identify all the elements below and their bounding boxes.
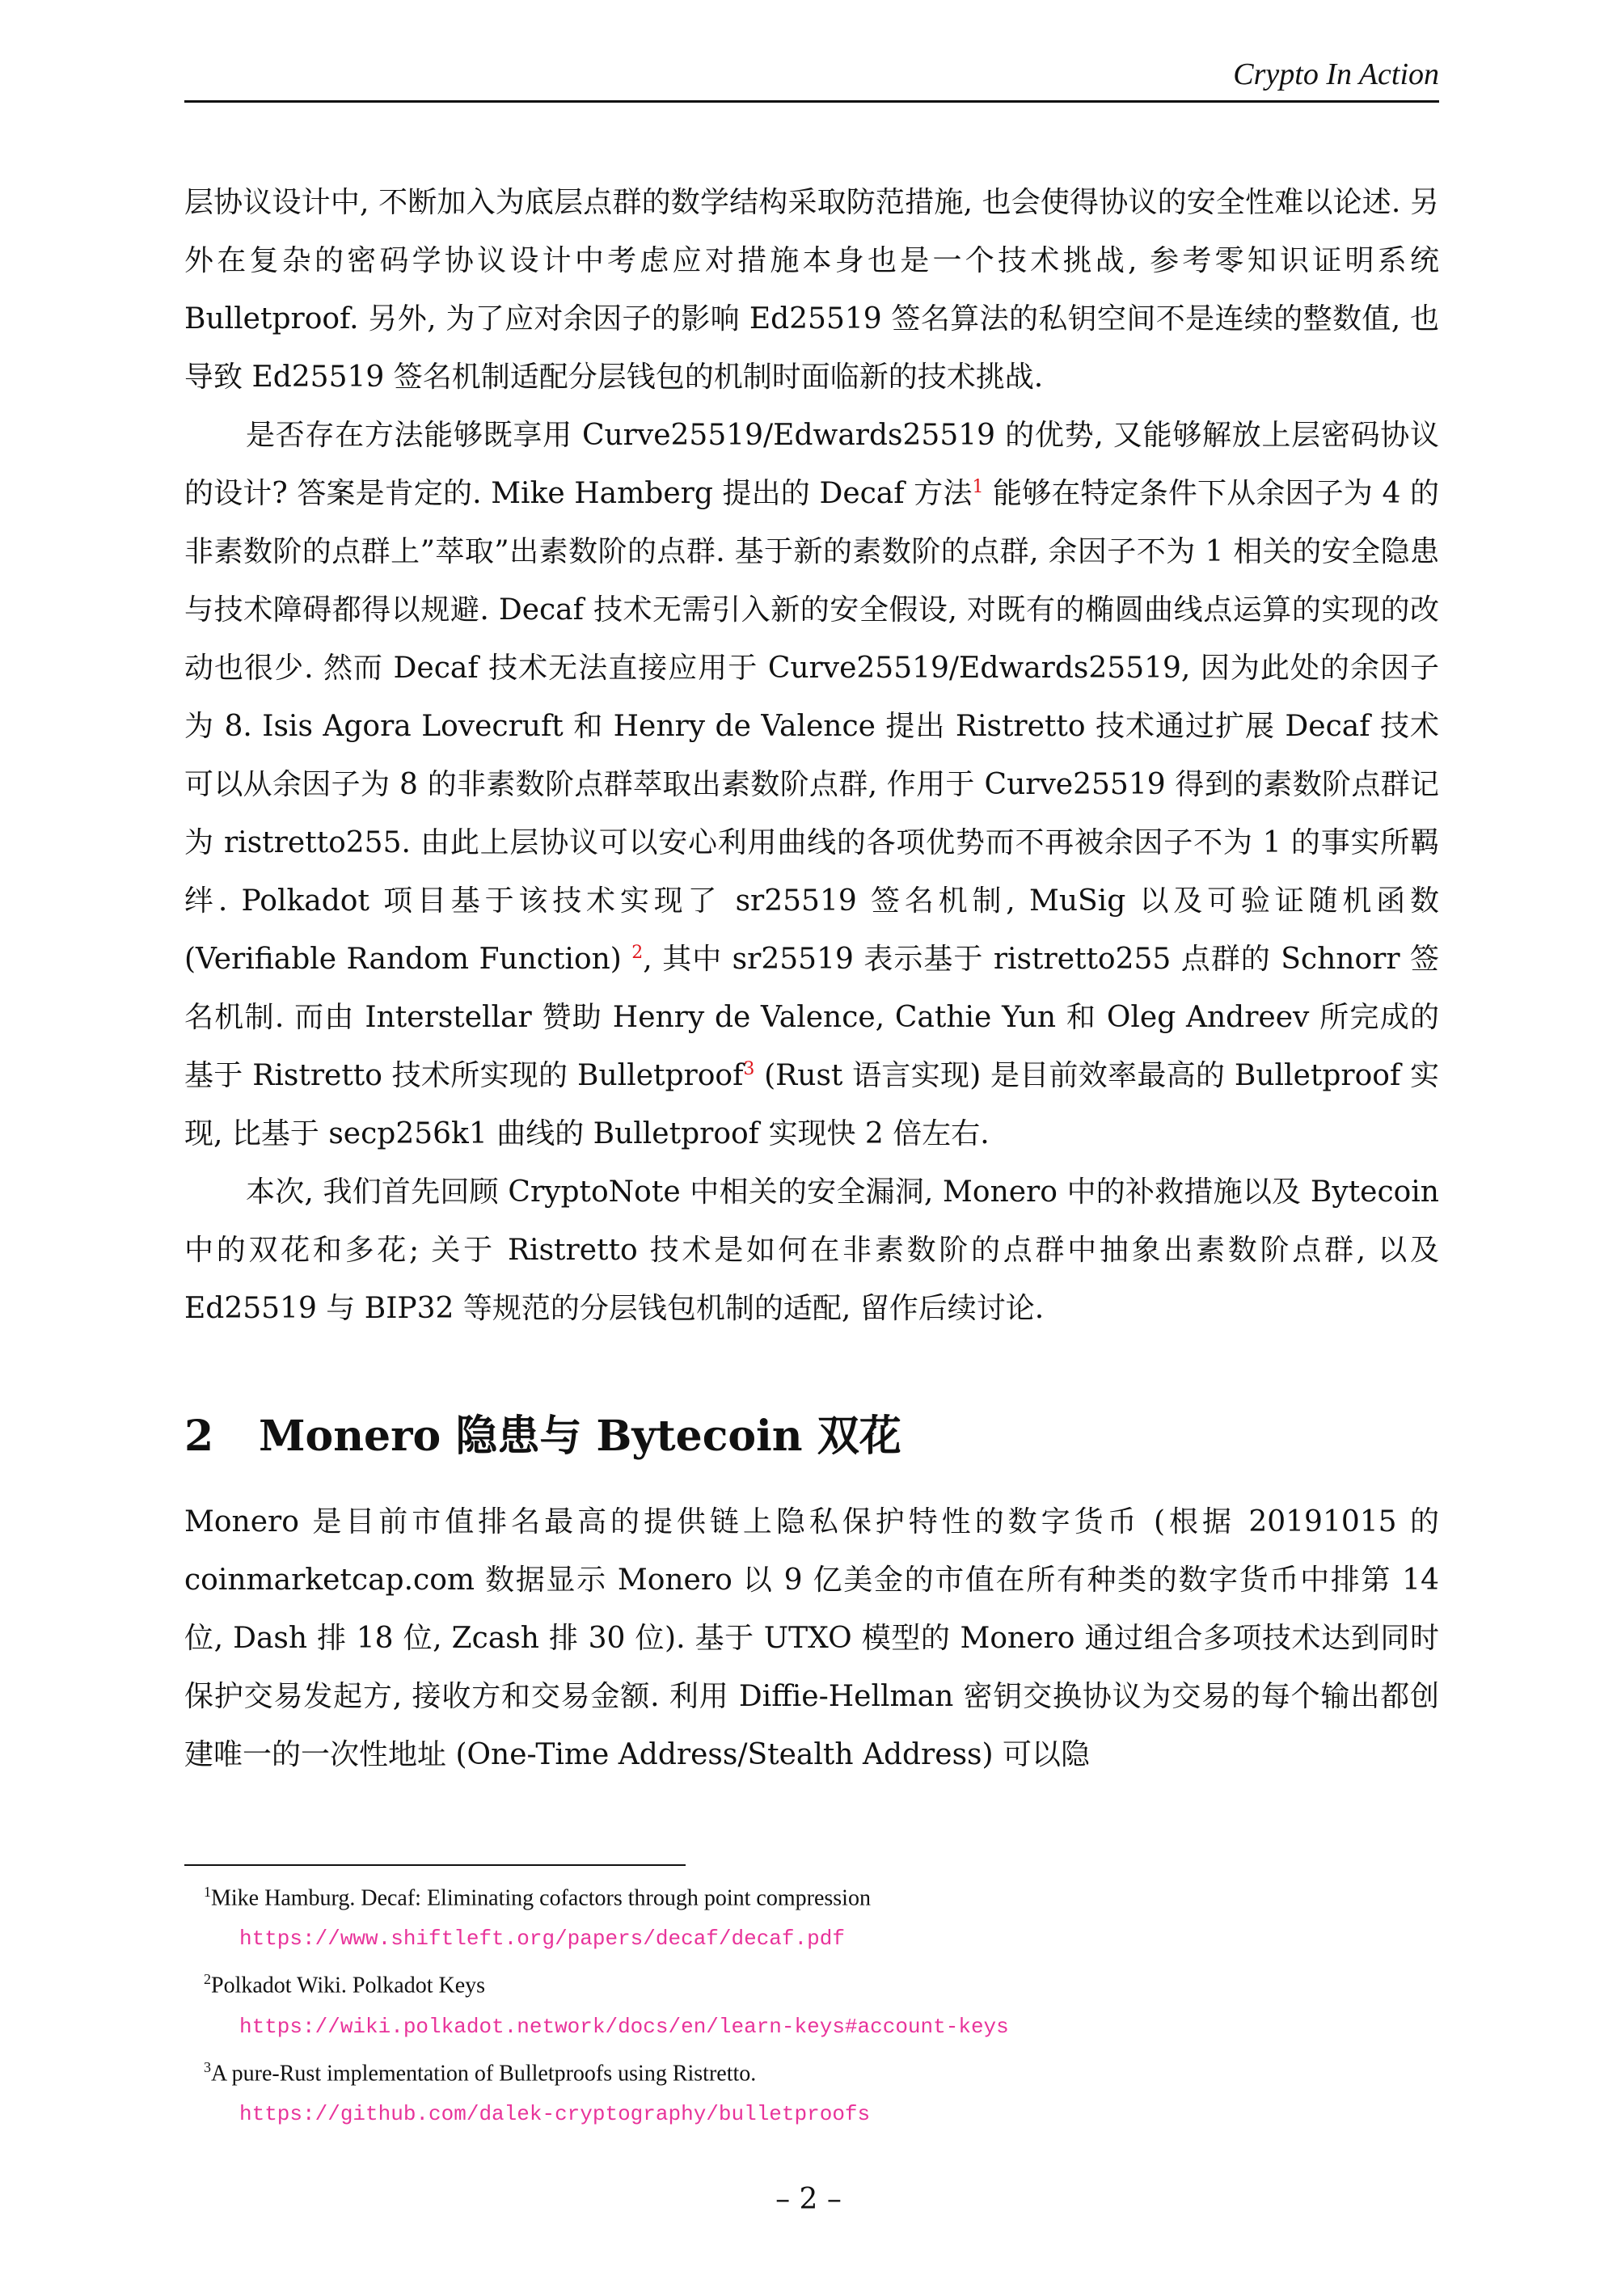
footnote-ref-3[interactable]: 3 [743,1059,754,1079]
footnotes: 1Mike Hamburg. Decaf: Eliminating cofact… [204,1874,1416,2137]
footnote-rule [184,1864,686,1866]
paragraph-1: 层协议设计中, 不断加入为底层点群的数学结构采取防范措施, 也会使得协议的安全性… [184,174,1439,407]
footnote-ref-2[interactable]: 2 [631,943,643,963]
footnote-3: 3A pure-Rust implementation of Bulletpro… [204,2049,1416,2137]
section-number: 2 [184,1408,259,1466]
running-header: Crypto In Action [184,57,1439,92]
paragraph-2: 是否存在方法能够既享用 Curve25519/Edwards25519 的优势,… [184,407,1439,1163]
page-number: – 2 – [0,2183,1617,2216]
footnote-2: 2Polkadot Wiki. Polkadot Keyshttps://wik… [204,1961,1416,2049]
footnote-link-1[interactable]: https://www.shiftleft.org/papers/decaf/d… [239,1916,1416,1961]
page-body: 层协议设计中, 不断加入为底层点群的数学结构采取防范措施, 也会使得协议的安全性… [184,174,1439,1784]
header-rule [184,100,1439,103]
footnote-link-2[interactable]: https://wiki.polkadot.network/docs/en/le… [239,2004,1416,2049]
paragraph-3: 本次, 我们首先回顾 CryptoNote 中相关的安全漏洞, Monero 中… [184,1163,1439,1338]
paragraph-4: Monero 是目前市值排名最高的提供链上隐私保护特性的数字货币 (根据 201… [184,1493,1439,1784]
footnote-1: 1Mike Hamburg. Decaf: Eliminating cofact… [204,1874,1416,1961]
section-heading: 2Monero 隐患与 Bytecoin 双花 [184,1408,1439,1466]
section-title: Monero 隐患与 Bytecoin 双花 [259,1412,901,1461]
footnote-link-3[interactable]: https://github.com/dalek-cryptography/bu… [239,2091,1416,2137]
footnote-ref-1[interactable]: 1 [972,477,983,497]
